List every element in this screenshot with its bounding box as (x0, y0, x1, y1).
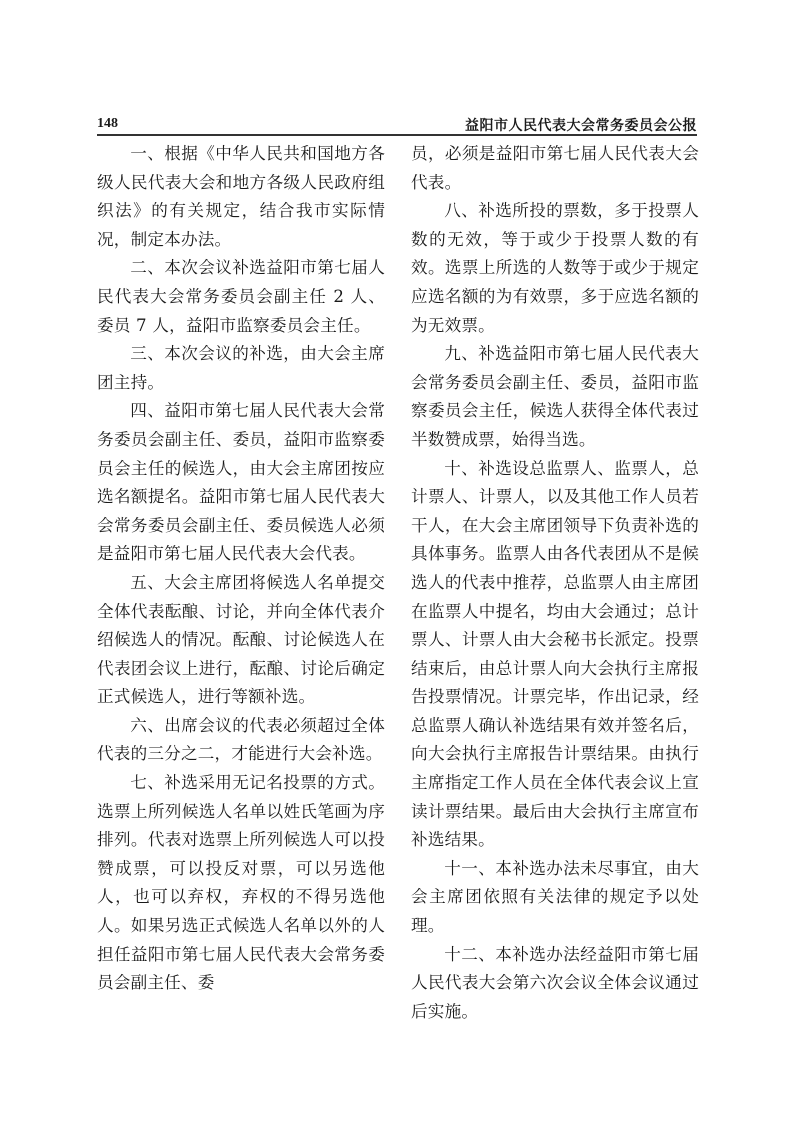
article-7-continuation: 员，必须是益阳市第七届人民代表大会代表。 (411, 140, 699, 197)
journal-title: 益阳市人民代表大会常务委员会公报 (465, 115, 697, 135)
article-5: 五、大会主席团将候选人名单提交全体代表酝酿、讨论，并向全体代表介绍候选人的情况。… (97, 569, 385, 712)
article-9: 九、补选益阳市第七届人民代表大会常务委员会副主任、委员，益阳市监察委员会主任，候… (411, 340, 699, 454)
article-6: 六、出席会议的代表必须超过全体代表的三分之二，才能进行大会补选。 (97, 712, 385, 769)
article-11: 十一、本补选办法未尽事宜，由大会主席团依照有关法律的规定予以处理。 (411, 855, 699, 941)
article-12: 十二、本补选办法经益阳市第七届人民代表大会第六次会议全体会议通过后实施。 (411, 941, 699, 1027)
left-column: 一、根据《中华人民共和国地方各级人民代表大会和地方各级人民政府组织法》的有关规定… (97, 140, 385, 998)
right-column: 员，必须是益阳市第七届人民代表大会代表。 八、补选所投的票数，多于投票人数的无效… (411, 140, 699, 1026)
page-header: 148 益阳市人民代表大会常务委员会公报 (97, 114, 697, 136)
article-2: 二、本次会议补选益阳市第七届人民代表大会常务委员会副主任 2 人、委员 7 人，… (97, 254, 385, 340)
article-4: 四、益阳市第七届人民代表大会常务委员会副主任、委员，益阳市监察委员会主任的候选人… (97, 397, 385, 569)
article-8: 八、补选所投的票数，多于投票人数的无效，等于或少于投票人数的有效。选票上所选的人… (411, 197, 699, 340)
article-10: 十、补选设总监票人、监票人，总计票人、计票人，以及其他工作人员若干人，在大会主席… (411, 455, 699, 855)
article-1: 一、根据《中华人民共和国地方各级人民代表大会和地方各级人民政府组织法》的有关规定… (97, 140, 385, 254)
page-number: 148 (97, 116, 118, 132)
article-7: 七、补选采用无记名投票的方式。选票上所列候选人名单以姓氏笔画为序排列。代表对选票… (97, 769, 385, 998)
article-3: 三、本次会议的补选，由大会主席团主持。 (97, 340, 385, 397)
